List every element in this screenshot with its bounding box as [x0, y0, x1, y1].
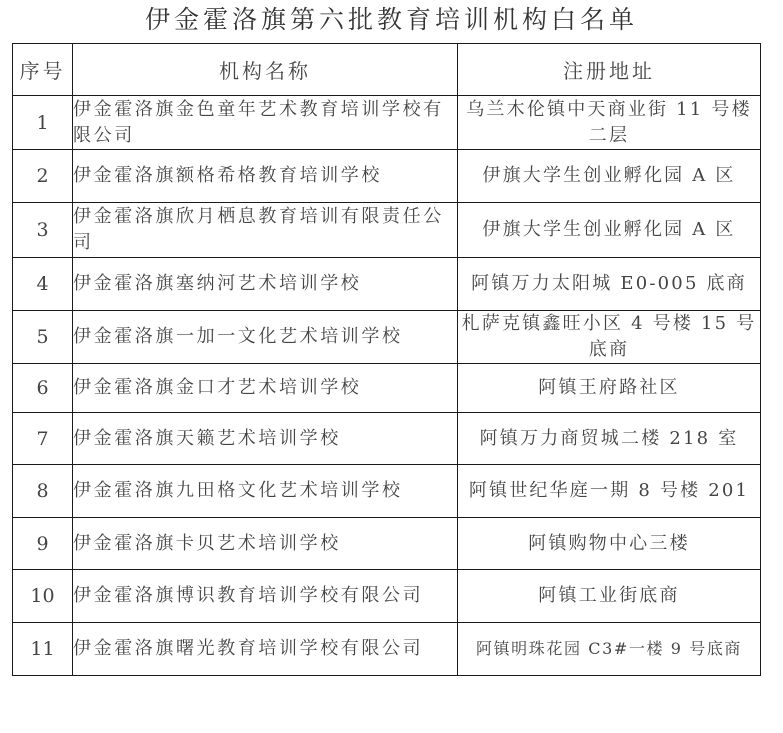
header-institution-name: 机构名称 [73, 44, 458, 96]
table-row: 8 伊金霍洛旗九田格文化艺术培训学校 阿镇世纪华庭一期 8 号楼 201 [13, 465, 761, 518]
serial-number: 10 [13, 570, 73, 623]
institution-name: 伊金霍洛旗曙光教育培训学校有限公司 [73, 623, 458, 676]
institution-name: 伊金霍洛旗一加一文化艺术培训学校 [73, 311, 458, 364]
serial-number: 2 [13, 150, 73, 203]
table-row: 10 伊金霍洛旗博识教育培训学校有限公司 阿镇工业街底商 [13, 570, 761, 623]
table-row: 2 伊金霍洛旗额格希格教育培训学校 伊旗大学生创业孵化园 A 区 [13, 150, 761, 203]
registered-address: 阿镇世纪华庭一期 8 号楼 201 [458, 465, 761, 518]
table-row: 9 伊金霍洛旗卡贝艺术培训学校 阿镇购物中心三楼 [13, 518, 761, 570]
serial-number: 7 [13, 413, 73, 465]
serial-number: 11 [13, 623, 73, 676]
table-row: 6 伊金霍洛旗金口才艺术培训学校 阿镇王府路社区 [13, 364, 761, 413]
registered-address: 阿镇明珠花园 C3#一楼 9 号底商 [458, 623, 761, 676]
registered-address: 阿镇王府路社区 [458, 364, 761, 413]
registered-address: 伊旗大学生创业孵化园 A 区 [458, 150, 761, 203]
whitelist-table: 序号 机构名称 注册地址 1 伊金霍洛旗金色童年艺术教育培训学校有限公司 乌兰木… [12, 43, 761, 676]
document-title: 伊金霍洛旗第六批教育培训机构白名单 [0, 4, 783, 36]
registered-address: 札萨克镇鑫旺小区 4 号楼 15 号底商 [458, 311, 761, 364]
serial-number: 1 [13, 96, 73, 150]
table-header-row: 序号 机构名称 注册地址 [13, 44, 761, 96]
header-serial-number: 序号 [13, 44, 73, 96]
serial-number: 4 [13, 258, 73, 311]
institution-name: 伊金霍洛旗金口才艺术培训学校 [73, 364, 458, 413]
institution-name: 伊金霍洛旗天籁艺术培训学校 [73, 413, 458, 465]
institution-name: 伊金霍洛旗卡贝艺术培训学校 [73, 518, 458, 570]
table-row: 3 伊金霍洛旗欣月栖息教育培训有限责任公司 伊旗大学生创业孵化园 A 区 [13, 203, 761, 258]
table-row: 11 伊金霍洛旗曙光教育培训学校有限公司 阿镇明珠花园 C3#一楼 9 号底商 [13, 623, 761, 676]
registered-address: 阿镇工业街底商 [458, 570, 761, 623]
registered-address: 乌兰木伦镇中天商业街 11 号楼二层 [458, 96, 761, 150]
serial-number: 6 [13, 364, 73, 413]
header-registered-address: 注册地址 [458, 44, 761, 96]
institution-name: 伊金霍洛旗欣月栖息教育培训有限责任公司 [73, 203, 458, 258]
institution-name: 伊金霍洛旗九田格文化艺术培训学校 [73, 465, 458, 518]
table-row: 5 伊金霍洛旗一加一文化艺术培训学校 札萨克镇鑫旺小区 4 号楼 15 号底商 [13, 311, 761, 364]
registered-address: 阿镇购物中心三楼 [458, 518, 761, 570]
table-row: 1 伊金霍洛旗金色童年艺术教育培训学校有限公司 乌兰木伦镇中天商业街 11 号楼… [13, 96, 761, 150]
institution-name: 伊金霍洛旗塞纳河艺术培训学校 [73, 258, 458, 311]
serial-number: 3 [13, 203, 73, 258]
institution-name: 伊金霍洛旗额格希格教育培训学校 [73, 150, 458, 203]
serial-number: 8 [13, 465, 73, 518]
table-row: 7 伊金霍洛旗天籁艺术培训学校 阿镇万力商贸城二楼 218 室 [13, 413, 761, 465]
table-row: 4 伊金霍洛旗塞纳河艺术培训学校 阿镇万力太阳城 E0-005 底商 [13, 258, 761, 311]
institution-name: 伊金霍洛旗金色童年艺术教育培训学校有限公司 [73, 96, 458, 150]
serial-number: 5 [13, 311, 73, 364]
registered-address: 伊旗大学生创业孵化园 A 区 [458, 203, 761, 258]
registered-address: 阿镇万力太阳城 E0-005 底商 [458, 258, 761, 311]
serial-number: 9 [13, 518, 73, 570]
institution-name: 伊金霍洛旗博识教育培训学校有限公司 [73, 570, 458, 623]
registered-address: 阿镇万力商贸城二楼 218 室 [458, 413, 761, 465]
